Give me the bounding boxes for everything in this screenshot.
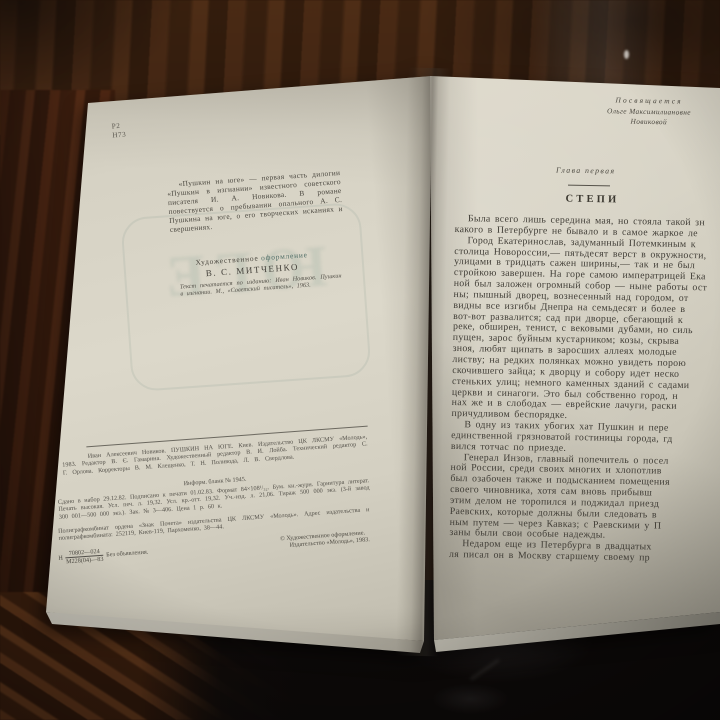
catalog-fraction: 70802—024 М228(04)—83 (65, 548, 103, 566)
title-show-through: ЮГЕ (120, 202, 372, 392)
left-page: ЮГЕ Р2 Н73 «Пушкин на юге» — первая част… (40, 70, 435, 662)
dedication: Посвящается Ольге Максимилиановне Новико… (575, 95, 720, 129)
catalog-denominator: М228(04)—83 (66, 556, 104, 566)
right-page: Посвящается Ольге Максимилиановне Новико… (416, 66, 720, 662)
left-page-shading (40, 70, 435, 662)
chapter-title: СТЕПИ (455, 192, 720, 208)
open-book: ЮГЕ Р2 Н73 «Пушкин на юге» — первая част… (0, 0, 720, 720)
copyright-notice: © Художественное оформление. Издательств… (280, 529, 370, 550)
library-code-line: Н73 (112, 130, 126, 139)
catalog-prefix: Н (58, 555, 63, 562)
design-credit-word2: оформление (261, 250, 308, 262)
chapter-label: Глава первая (556, 165, 616, 175)
dedication-line: Новиковой (575, 116, 720, 129)
catalog-number: Н 70802—024 М228(04)—83 Без объявления. (58, 545, 149, 566)
catalog-suffix: Без объявления. (106, 549, 149, 559)
body-text: Была всего лишь середина мая, но стояла … (449, 214, 720, 567)
chapter-rule (568, 185, 610, 187)
library-code: Р2 Н73 (111, 122, 126, 140)
annotation-text: «Пушкин на юге» — первая часть дилогии «… (166, 168, 343, 234)
